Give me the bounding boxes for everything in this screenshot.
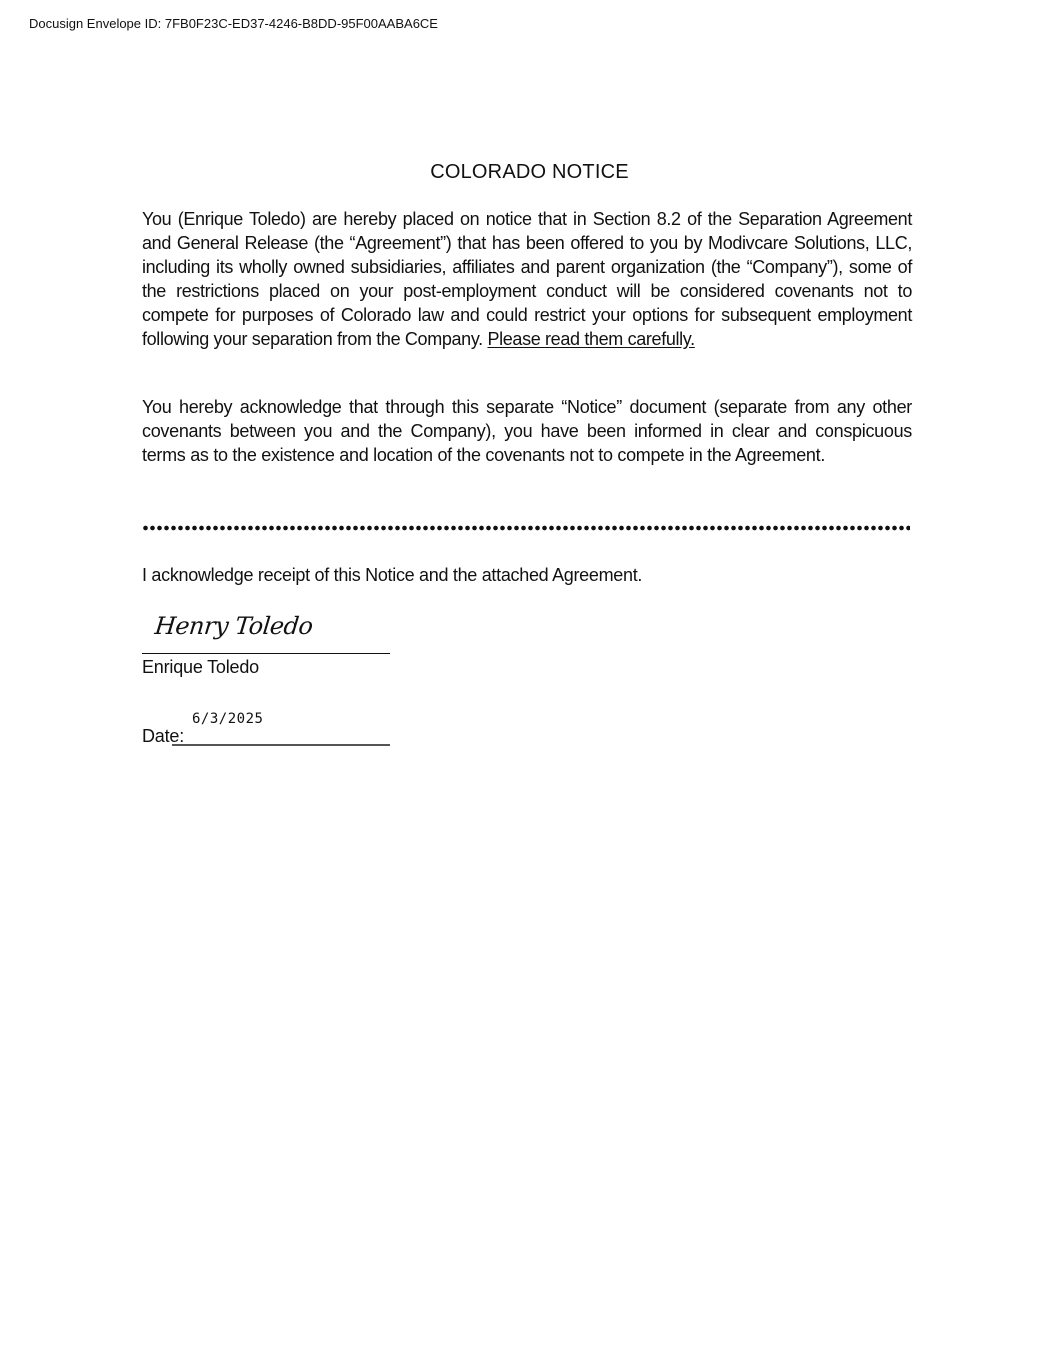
notice-paragraph-2: You hereby acknowledge that through this… xyxy=(142,396,912,468)
docusign-envelope-id: Docusign Envelope ID: 7FB0F23C-ED37-4246… xyxy=(29,16,438,31)
dotted-separator xyxy=(142,524,910,532)
acknowledgment-statement: I acknowledge receipt of this Notice and… xyxy=(142,565,642,586)
signer-printed-name: Enrique Toledo xyxy=(142,657,259,678)
handwritten-signature: Henry Toledo xyxy=(154,612,314,640)
notice-paragraph-1: You (Enrique Toledo) are hereby placed o… xyxy=(142,208,912,351)
signature-line xyxy=(142,653,390,654)
document-title: COLORADO NOTICE xyxy=(0,161,1055,184)
signed-date-value: 6/3/2025 xyxy=(192,711,263,727)
read-carefully-emphasis: Please read them carefully. xyxy=(487,329,694,349)
date-line xyxy=(172,744,390,746)
